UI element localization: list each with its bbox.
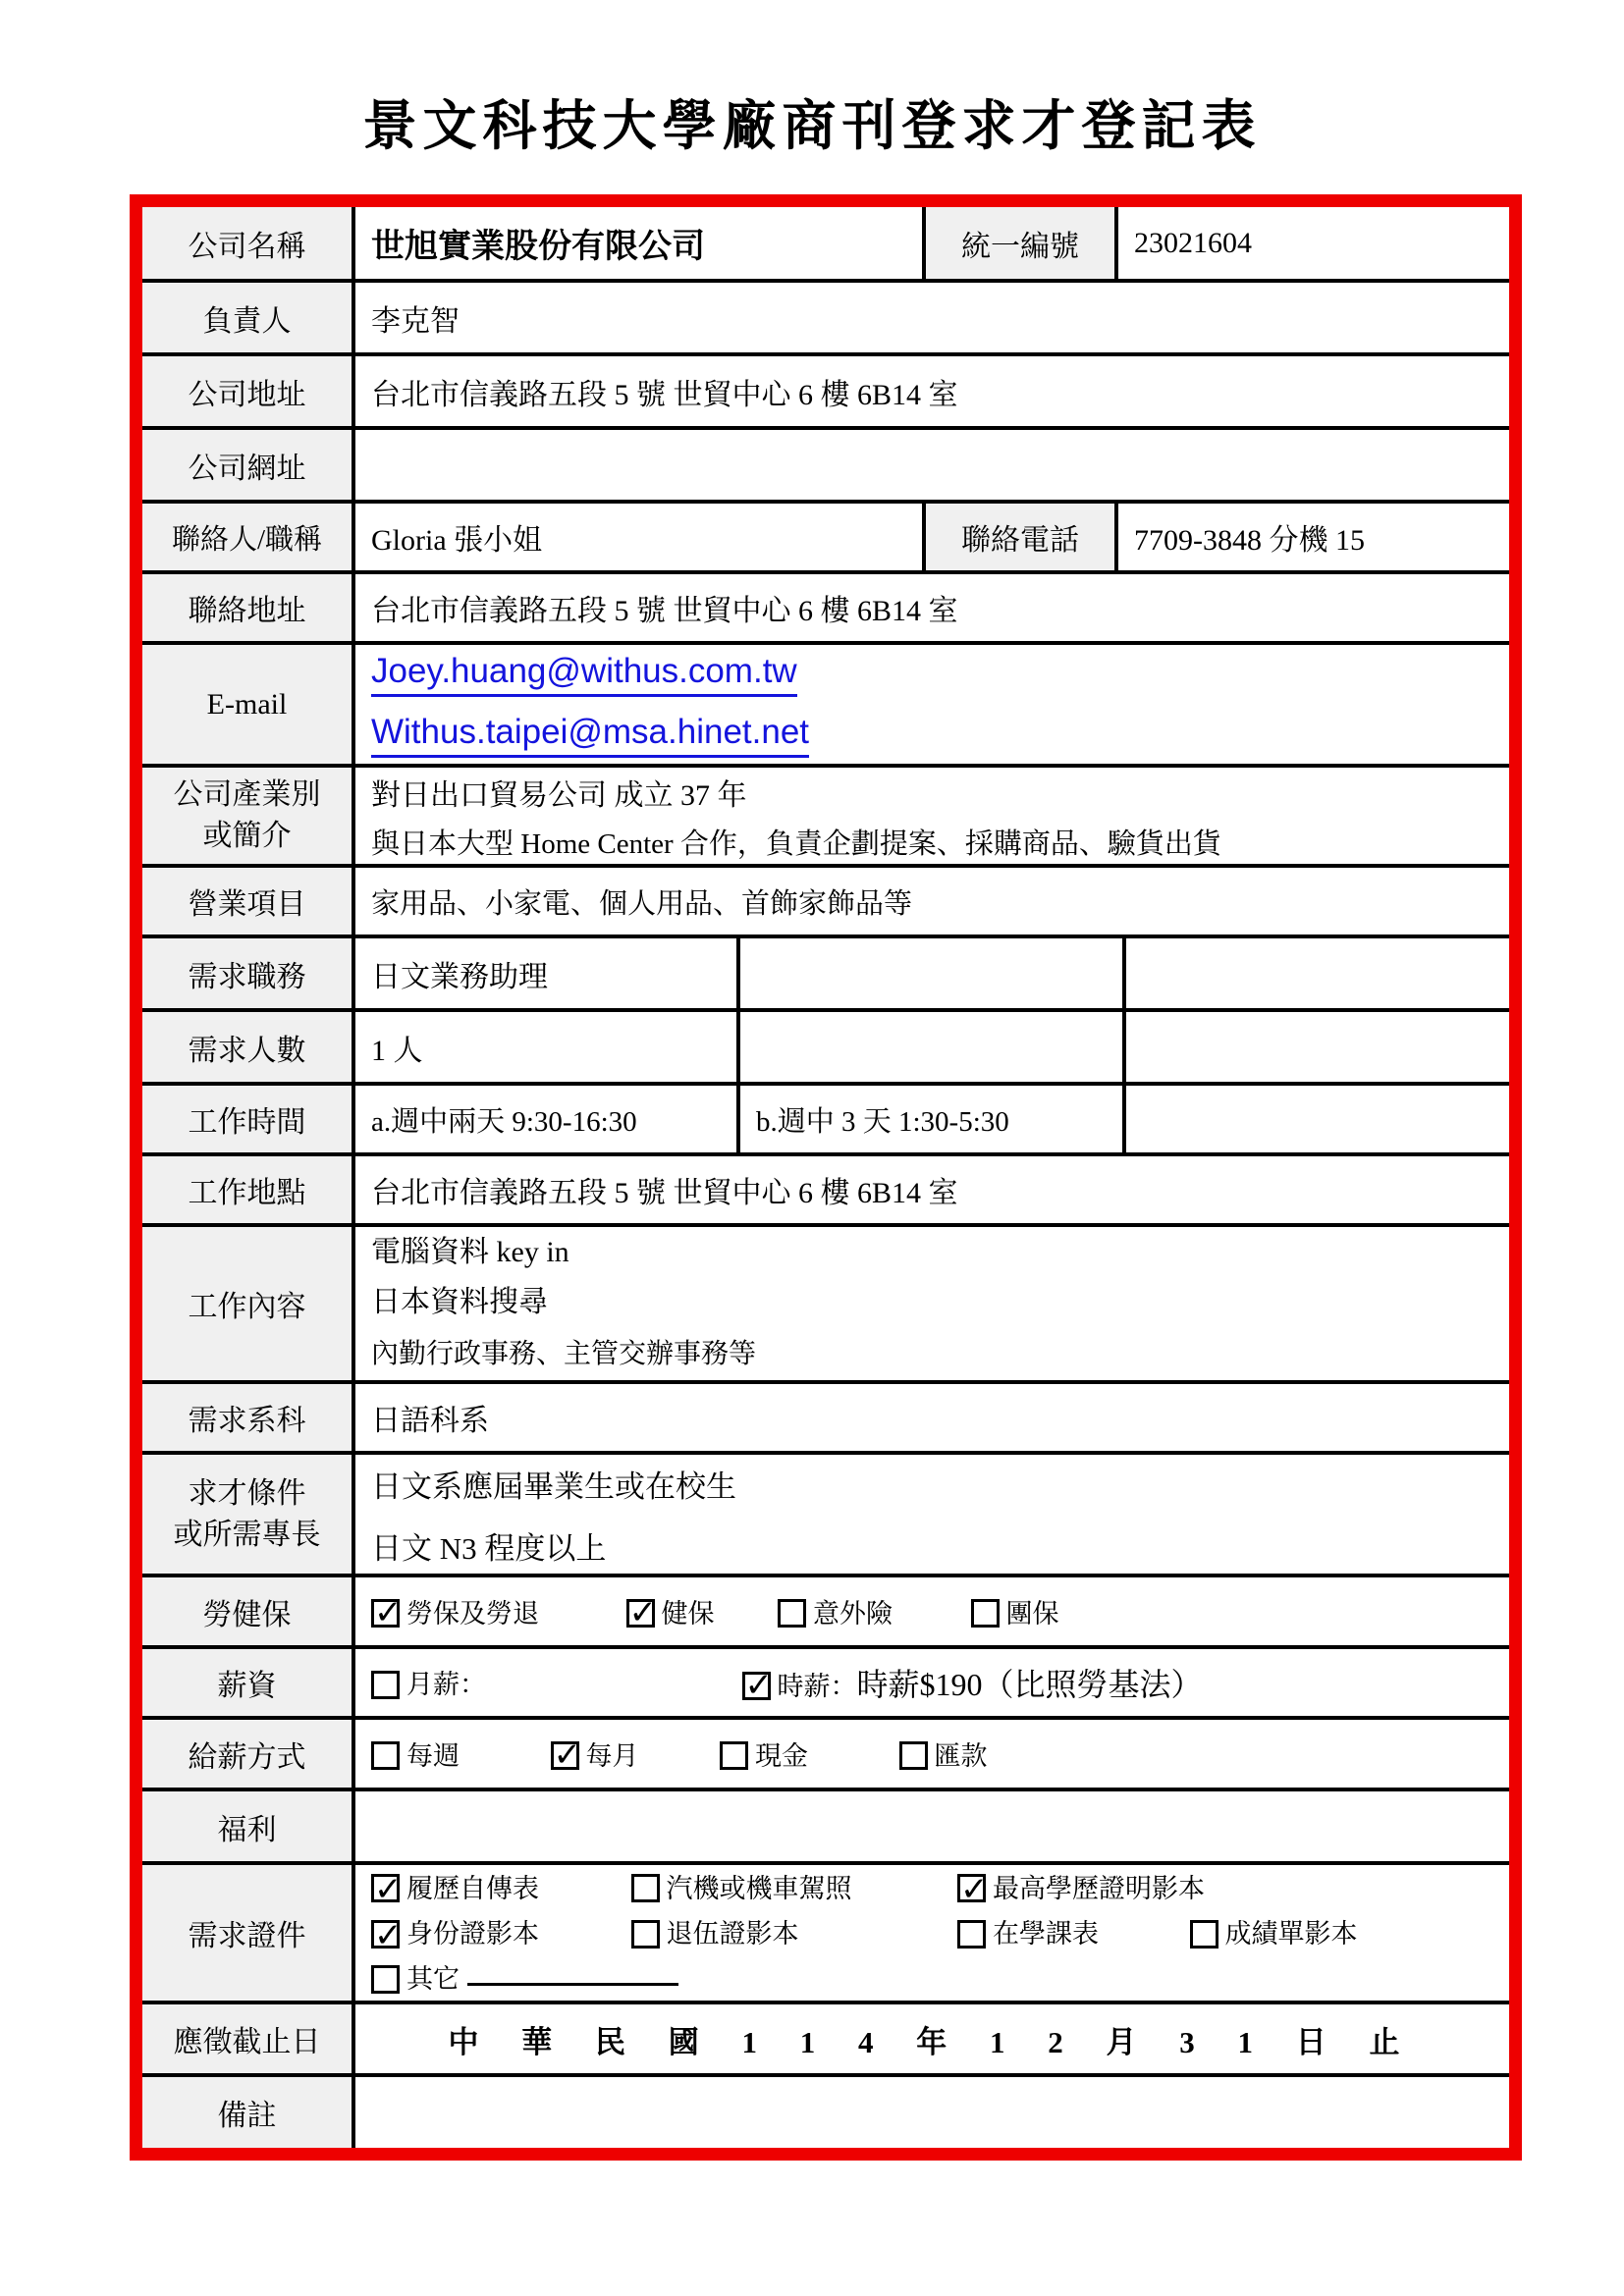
tax-id-value: 23021604 xyxy=(1116,207,1509,281)
row-business-items: 營業項目 家用品、小家電、個人用品、首飾家飾品等 xyxy=(142,866,1509,936)
row-work-location: 工作地點 台北市信義路五段 5 號 世貿中心 6 樓 6B14 室 xyxy=(142,1154,1509,1225)
departments-label: 需求系科 xyxy=(142,1382,353,1453)
doc-option-class-schedule: 在學課表 xyxy=(957,1912,1182,1955)
insurance-label: 勞健保 xyxy=(142,1575,353,1647)
hourly-salary-checkbox xyxy=(742,1672,771,1700)
monthly-pay-label: 每月 xyxy=(586,1741,639,1771)
group-insurance-label: 團保 xyxy=(1006,1599,1059,1629)
contact-phone-label: 聯絡電話 xyxy=(924,502,1116,572)
job-description-line1: 電腦資料 key in xyxy=(371,1236,1499,1269)
requirements-label-line2: 或所需專長 xyxy=(146,1515,348,1556)
industry-label-line1: 公司產業別 xyxy=(146,774,348,816)
cash-pay-checkbox xyxy=(720,1741,748,1770)
id-copy-label: 身份證影本 xyxy=(406,1919,539,1949)
monthly-pay-checkbox xyxy=(551,1741,579,1770)
owner-value: 李克智 xyxy=(353,281,1509,354)
row-industry: 公司產業別 或簡介 對日出口貿易公司 成立 37 年 與日本大型 Home Ce… xyxy=(142,766,1509,866)
job-title-col1: 日文業務助理 xyxy=(353,936,738,1010)
monthly-salary-checkbox xyxy=(371,1671,400,1699)
form-table-frame: 公司名稱 世旭實業股份有限公司 統一編號 23021604 負責人 李克智 公司… xyxy=(130,194,1522,2161)
transfer-pay-checkbox xyxy=(899,1741,928,1770)
benefits-value xyxy=(353,1789,1509,1863)
salary-option-hourly: 時薪：時薪$190（比照勞基法） xyxy=(742,1660,1203,1705)
job-description-value: 電腦資料 key in 日本資料搜尋 內勤行政事務、主管交辦事務等 xyxy=(353,1225,1509,1382)
accident-insurance-label: 意外險 xyxy=(813,1599,893,1629)
row-insurance: 勞健保 勞保及勞退 健保 意外險 團保 xyxy=(142,1575,1509,1647)
documents-options: 履歷自傳表 汽機或機車駕照 最高學歷證明影本 身份證影本 退伍證影本 在學課表 … xyxy=(353,1863,1509,2002)
row-owner: 負責人 李克智 xyxy=(142,281,1509,354)
discharge-checkbox xyxy=(631,1920,660,1949)
headcount-col2 xyxy=(738,1010,1124,1084)
documents-line3: 其它 xyxy=(371,1955,1499,2001)
tax-id-label: 統一編號 xyxy=(924,207,1116,281)
job-description-label: 工作內容 xyxy=(142,1225,353,1382)
notes-value xyxy=(353,2075,1509,2148)
company-website-value xyxy=(353,428,1509,502)
health-insurance-checkbox xyxy=(626,1599,655,1628)
doc-option-resume: 履歷自傳表 xyxy=(371,1867,623,1910)
row-company-website: 公司網址 xyxy=(142,428,1509,502)
document-page: 景文科技大學廠商刊登求才登記表 公司名稱 世旭實業股份有限公司 統一編號 230… xyxy=(0,0,1624,2296)
group-insurance-checkbox xyxy=(971,1599,1000,1628)
hourly-salary-label: 時薪： xyxy=(778,1672,857,1701)
doc-option-discharge: 退伍證影本 xyxy=(631,1912,950,1955)
row-job-title: 需求職務 日文業務助理 xyxy=(142,936,1509,1010)
contact-value: Gloria 張小姐 xyxy=(353,502,924,572)
weekly-pay-label: 每週 xyxy=(406,1741,460,1771)
deadline-value: 中 華 民 國 1 1 4 年 1 2 月 3 1 日 止 xyxy=(353,2002,1509,2075)
email-link-1[interactable]: Joey.huang@withus.com.tw xyxy=(371,652,797,697)
contact-label: 聯絡人/職稱 xyxy=(142,502,353,572)
row-benefits: 福利 xyxy=(142,1789,1509,1863)
insurance-options: 勞保及勞退 健保 意外險 團保 xyxy=(353,1575,1509,1647)
deadline-label: 應徵截止日 xyxy=(142,2002,353,2075)
hourly-salary-value: 時薪$190（比照勞基法） xyxy=(857,1667,1203,1702)
row-pay-method: 給薪方式 每週 每月 現金 匯款 xyxy=(142,1718,1509,1789)
insurance-option-group: 團保 xyxy=(971,1592,1059,1630)
row-departments: 需求系科 日語科系 xyxy=(142,1382,1509,1453)
requirements-line1: 日文系應屆畢業生或在校生 xyxy=(371,1462,1499,1506)
weekly-pay-checkbox xyxy=(371,1741,400,1770)
work-hours-label: 工作時間 xyxy=(142,1084,353,1154)
job-title-label: 需求職務 xyxy=(142,936,353,1010)
other-doc-label: 其它 xyxy=(406,1964,460,1994)
other-doc-blank-line xyxy=(467,1955,678,1986)
documents-line1: 履歷自傳表 汽機或機車駕照 最高學歷證明影本 xyxy=(371,1865,1499,1910)
notes-label: 備註 xyxy=(142,2075,353,2148)
industry-value: 對日出口貿易公司 成立 37 年 與日本大型 Home Center 合作，負責… xyxy=(353,766,1509,866)
row-deadline: 應徵截止日 中 華 民 國 1 1 4 年 1 2 月 3 1 日 止 xyxy=(142,2002,1509,2075)
row-contact-address: 聯絡地址 台北市信義路五段 5 號 世貿中心 6 樓 6B14 室 xyxy=(142,572,1509,643)
work-location-label: 工作地點 xyxy=(142,1154,353,1225)
row-salary: 薪資 月薪： 時薪：時薪$190（比照勞基法） xyxy=(142,1647,1509,1718)
company-name-label: 公司名稱 xyxy=(142,207,353,281)
page-title: 景文科技大學廠商刊登求才登記表 xyxy=(0,82,1624,160)
row-job-description: 工作內容 電腦資料 key in 日本資料搜尋 內勤行政事務、主管交辦事務等 xyxy=(142,1225,1509,1382)
doc-option-other: 其它 xyxy=(371,1957,460,2001)
departments-value: 日語科系 xyxy=(353,1382,1509,1453)
company-address-label: 公司地址 xyxy=(142,354,353,428)
documents-label: 需求證件 xyxy=(142,1863,353,2002)
row-email: E-mail Joey.huang@withus.com.tw Withus.t… xyxy=(142,643,1509,766)
pay-option-weekly: 每週 xyxy=(371,1735,543,1773)
industry-line2: 與日本大型 Home Center 合作，負責企劃提案、採購商品、驗貨出貨 xyxy=(371,822,1499,862)
discharge-label: 退伍證影本 xyxy=(667,1919,799,1949)
email-values: Joey.huang@withus.com.tw Withus.taipei@m… xyxy=(353,643,1509,766)
transfer-pay-label: 匯款 xyxy=(935,1741,988,1771)
row-notes: 備註 xyxy=(142,2075,1509,2148)
industry-label: 公司產業別 或簡介 xyxy=(142,766,353,866)
row-documents: 需求證件 履歷自傳表 汽機或機車駕照 最高學歷證明影本 身份證影本 退伍證影本 … xyxy=(142,1863,1509,2002)
pay-method-label: 給薪方式 xyxy=(142,1718,353,1789)
health-insurance-label: 健保 xyxy=(662,1599,715,1629)
pay-option-monthly: 每月 xyxy=(551,1735,713,1773)
salary-option-monthly: 月薪： xyxy=(371,1663,734,1701)
business-items-label: 營業項目 xyxy=(142,866,353,936)
cash-pay-label: 現金 xyxy=(755,1741,808,1771)
insurance-option-accident: 意外險 xyxy=(778,1592,963,1630)
company-address-value: 台北市信義路五段 5 號 世貿中心 6 樓 6B14 室 xyxy=(353,354,1509,428)
pay-method-options: 每週 每月 現金 匯款 xyxy=(353,1718,1509,1789)
class-schedule-label: 在學課表 xyxy=(993,1919,1099,1949)
headcount-label: 需求人數 xyxy=(142,1010,353,1084)
id-copy-checkbox xyxy=(371,1920,400,1949)
form-table: 公司名稱 世旭實業股份有限公司 統一編號 23021604 負責人 李克智 公司… xyxy=(142,207,1509,2148)
insurance-option-health: 健保 xyxy=(626,1592,771,1630)
row-company-name: 公司名稱 世旭實業股份有限公司 統一編號 23021604 xyxy=(142,207,1509,281)
row-headcount: 需求人數 1 人 xyxy=(142,1010,1509,1084)
contact-address-value: 台北市信義路五段 5 號 世貿中心 6 樓 6B14 室 xyxy=(353,572,1509,643)
transcript-label: 成績單影本 xyxy=(1225,1919,1358,1949)
job-description-line3: 內勤行政事務、主管交辦事務等 xyxy=(371,1338,1499,1371)
monthly-salary-label: 月薪： xyxy=(406,1670,486,1699)
row-requirements: 求才條件 或所需專長 日文系應屆畢業生或在校生 日文 N3 程度以上 xyxy=(142,1453,1509,1575)
insurance-option-labor: 勞保及勞退 xyxy=(371,1592,619,1630)
labor-insurance-label: 勞保及勞退 xyxy=(406,1599,539,1629)
owner-label: 負責人 xyxy=(142,281,353,354)
work-hours-col1: a.週中兩天 9:30-16:30 xyxy=(353,1084,738,1154)
work-location-value: 台北市信義路五段 5 號 世貿中心 6 樓 6B14 室 xyxy=(353,1154,1509,1225)
salary-label: 薪資 xyxy=(142,1647,353,1718)
requirements-line2: 日文 N3 程度以上 xyxy=(371,1523,1499,1568)
salary-options: 月薪： 時薪：時薪$190（比照勞基法） xyxy=(353,1647,1509,1718)
contact-phone-value: 7709-3848 分機 15 xyxy=(1116,502,1509,572)
industry-label-line2: 或簡介 xyxy=(146,816,348,857)
row-company-address: 公司地址 台北市信義路五段 5 號 世貿中心 6 樓 6B14 室 xyxy=(142,354,1509,428)
resume-label: 履歷自傳表 xyxy=(406,1874,539,1903)
email-link-2[interactable]: Withus.taipei@msa.hinet.net xyxy=(371,713,809,758)
job-description-line2: 日本資料搜尋 xyxy=(371,1286,1499,1319)
doc-option-driver-license: 汽機或機車駕照 xyxy=(631,1867,950,1910)
work-hours-col2: b.週中 3 天 1:30-5:30 xyxy=(738,1084,1124,1154)
requirements-label: 求才條件 或所需專長 xyxy=(142,1453,353,1575)
job-title-col2 xyxy=(738,936,1124,1010)
email-label: E-mail xyxy=(142,643,353,766)
headcount-col3 xyxy=(1124,1010,1509,1084)
driver-license-label: 汽機或機車駕照 xyxy=(667,1874,852,1903)
pay-option-transfer: 匯款 xyxy=(899,1735,988,1773)
other-doc-checkbox xyxy=(371,1965,400,1994)
labor-insurance-checkbox xyxy=(371,1599,400,1628)
row-work-hours: 工作時間 a.週中兩天 9:30-16:30 b.週中 3 天 1:30-5:3… xyxy=(142,1084,1509,1154)
contact-address-label: 聯絡地址 xyxy=(142,572,353,643)
requirements-value: 日文系應屆畢業生或在校生 日文 N3 程度以上 xyxy=(353,1453,1509,1575)
doc-option-transcript: 成績單影本 xyxy=(1190,1912,1358,1955)
doc-option-id-copy: 身份證影本 xyxy=(371,1912,623,1955)
diploma-label: 最高學歷證明影本 xyxy=(993,1874,1205,1903)
documents-line2: 身份證影本 退伍證影本 在學課表 成績單影本 xyxy=(371,1910,1499,1955)
driver-license-checkbox xyxy=(631,1874,660,1902)
company-website-label: 公司網址 xyxy=(142,428,353,502)
accident-insurance-checkbox xyxy=(778,1599,806,1628)
work-hours-col3 xyxy=(1124,1084,1509,1154)
business-items-value: 家用品、小家電、個人用品、首飾家飾品等 xyxy=(353,866,1509,936)
transcript-checkbox xyxy=(1190,1920,1218,1949)
industry-line1: 對日出口貿易公司 成立 37 年 xyxy=(371,771,1499,814)
benefits-label: 福利 xyxy=(142,1789,353,1863)
resume-checkbox xyxy=(371,1874,400,1902)
pay-option-cash: 現金 xyxy=(720,1735,892,1773)
diploma-checkbox xyxy=(957,1874,986,1902)
class-schedule-checkbox xyxy=(957,1920,986,1949)
row-contact: 聯絡人/職稱 Gloria 張小姐 聯絡電話 7709-3848 分機 15 xyxy=(142,502,1509,572)
doc-option-diploma: 最高學歷證明影本 xyxy=(957,1867,1205,1910)
headcount-col1: 1 人 xyxy=(353,1010,738,1084)
job-title-col3 xyxy=(1124,936,1509,1010)
requirements-label-line1: 求才條件 xyxy=(146,1473,348,1515)
company-name-value: 世旭實業股份有限公司 xyxy=(353,207,924,281)
